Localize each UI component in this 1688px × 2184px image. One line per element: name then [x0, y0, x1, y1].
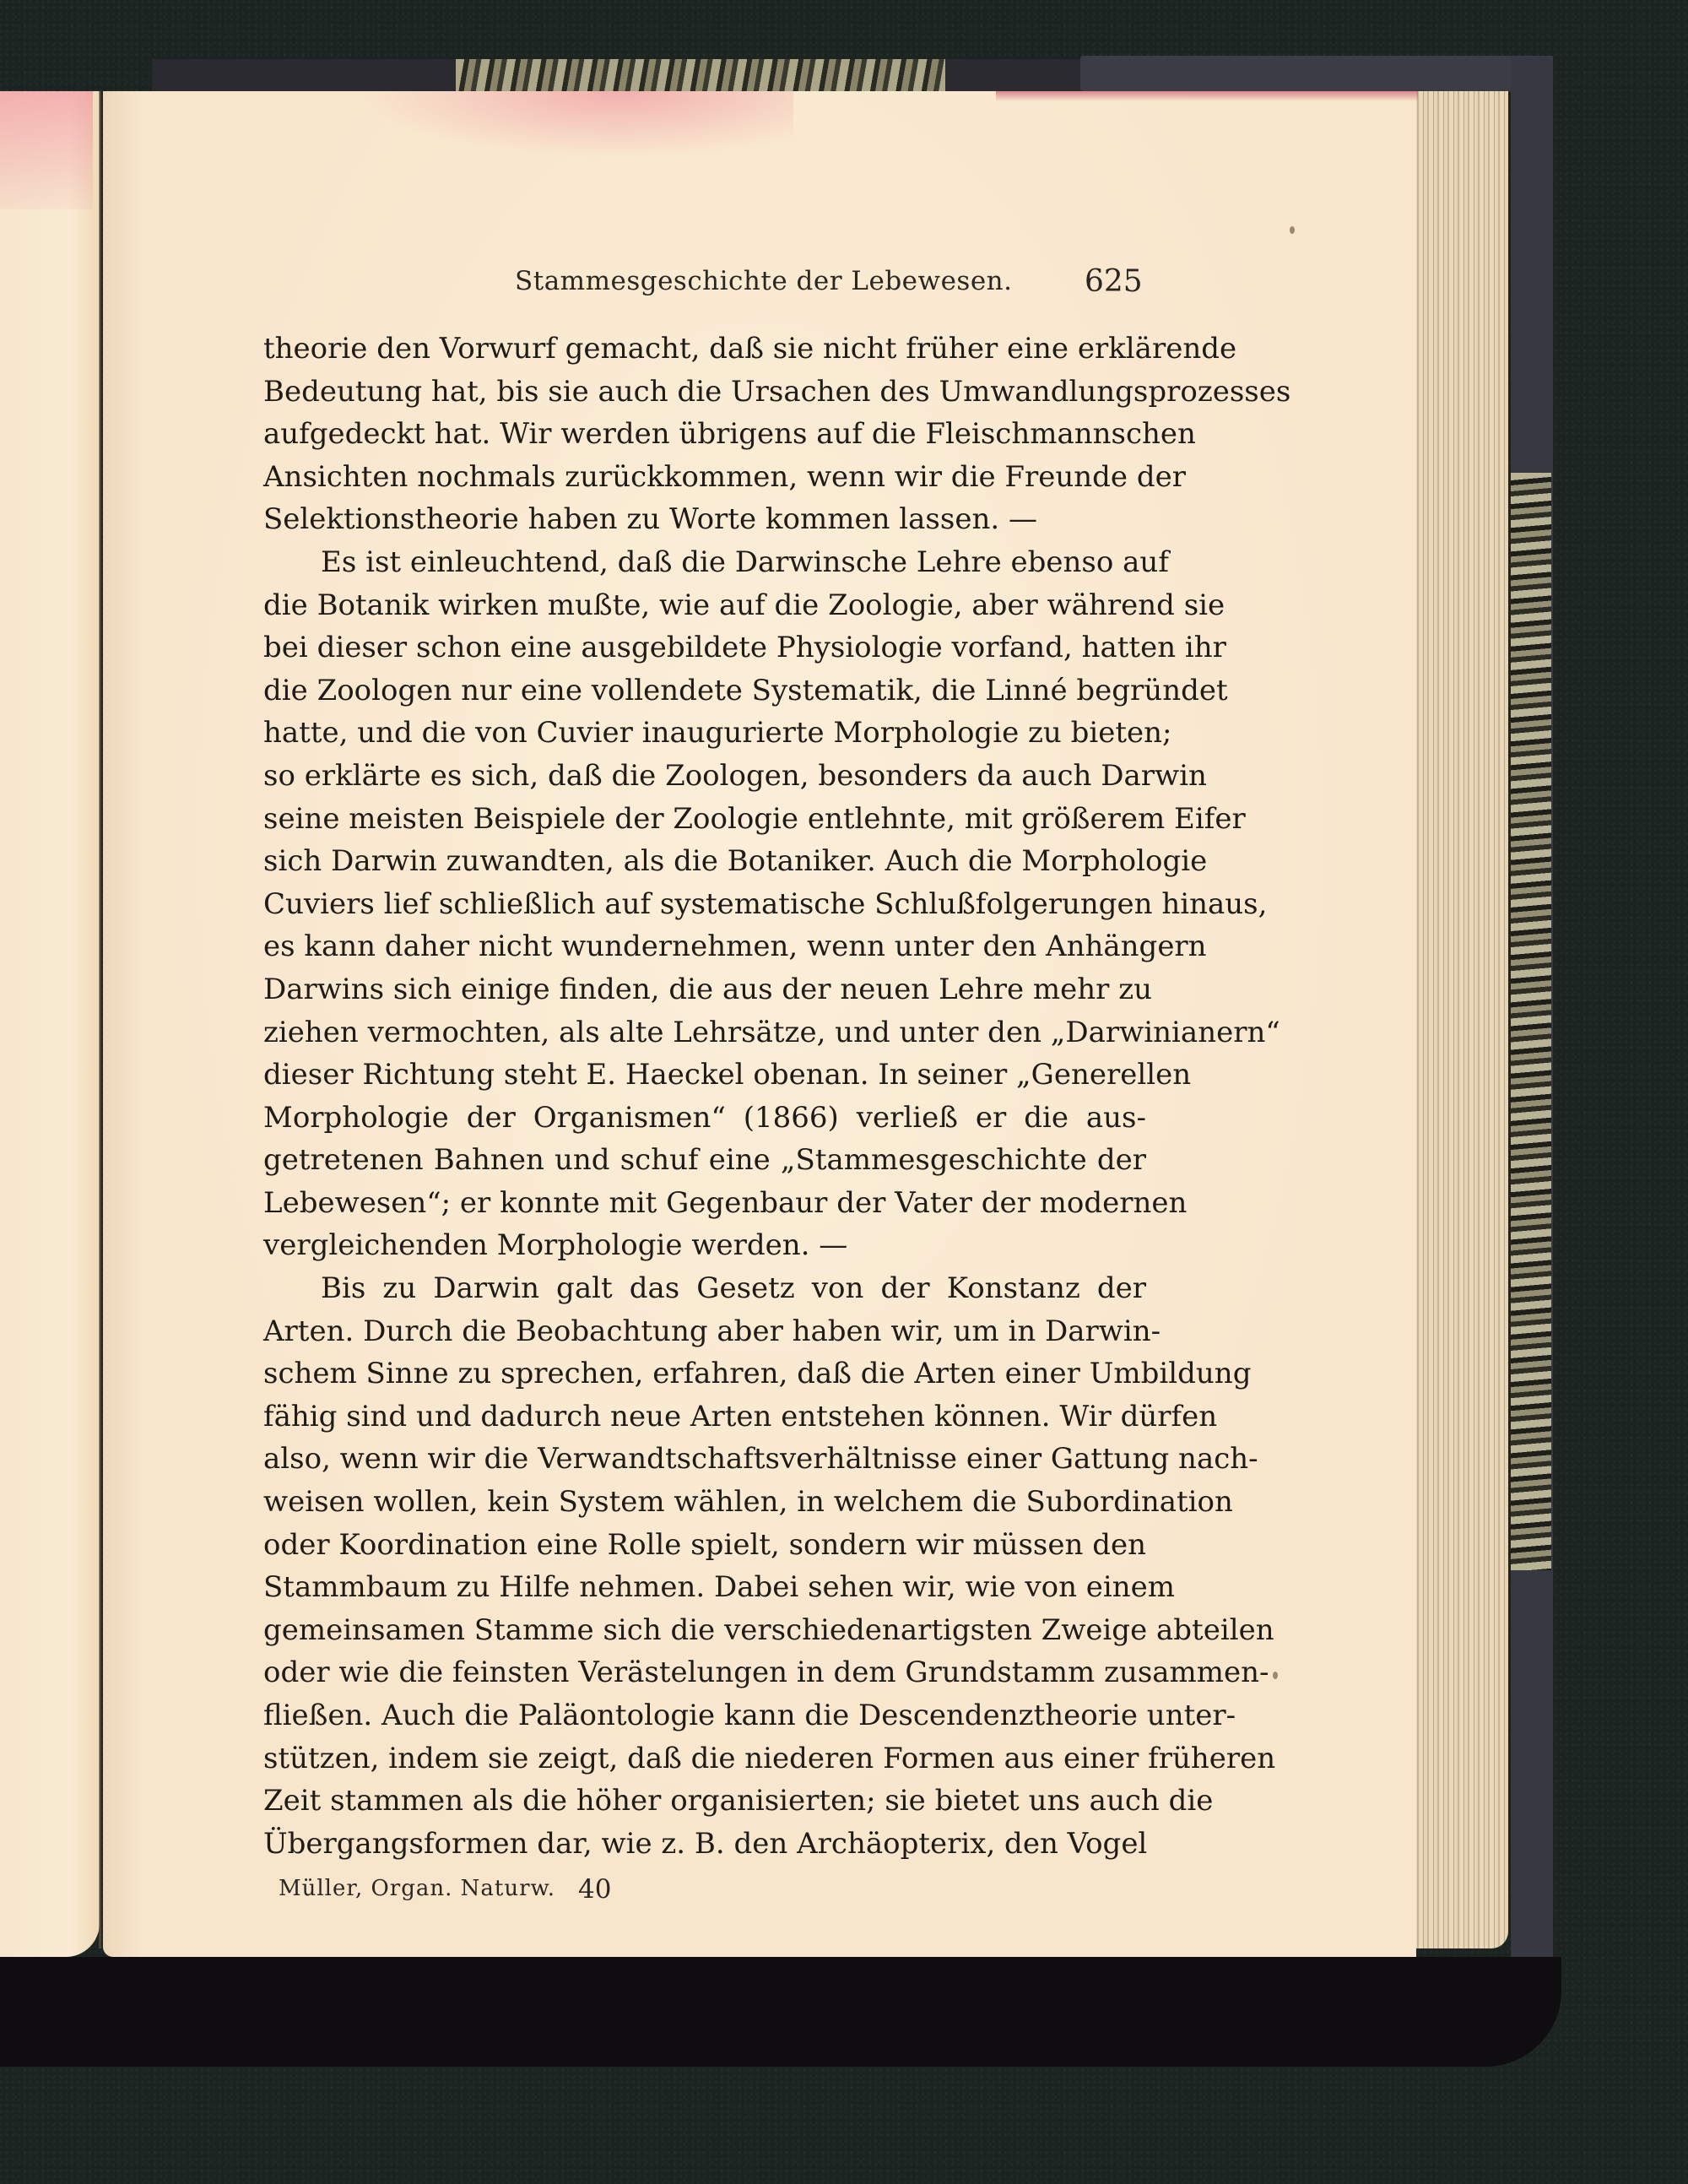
text-line: Es ist einleuchtend, daß die Darwinsche …	[263, 541, 1146, 584]
page-stack-edge	[1414, 91, 1508, 1948]
pink-stain-edge	[996, 91, 1418, 101]
text-line: seine meisten Beispiele der Zoologie ent…	[263, 798, 1146, 841]
text-line: Zeit stammen als die höher organisierten…	[263, 1780, 1146, 1823]
text-line: so erklärte es sich, daß die Zoologen, b…	[263, 755, 1146, 798]
text-line: fähig sind und dadurch neue Arten entste…	[263, 1395, 1146, 1439]
text-line: oder Koordination eine Rolle spielt, son…	[263, 1524, 1146, 1567]
text-line: schem Sinne zu sprechen, erfahren, daß d…	[263, 1352, 1146, 1395]
page-number: 625	[1085, 264, 1143, 299]
text-line: Cuviers lief schließlich auf systematisc…	[263, 883, 1146, 926]
text-line: die Botanik wirken mußte, wie auf die Zo…	[263, 584, 1146, 627]
cover-bottom-shadow	[0, 1957, 1561, 2067]
text-line: Stammbaum zu Hilfe nehmen. Dabei sehen w…	[263, 1566, 1146, 1609]
text-line: Bedeutung hat, bis sie auch die Ursachen…	[263, 371, 1146, 414]
text-line: Morphologie der Organismen“ (1866) verli…	[263, 1097, 1146, 1140]
text-line: Übergangsformen dar, wie z. B. den Archä…	[263, 1823, 1146, 1866]
sheet-number: 40	[578, 1874, 611, 1905]
text-line: Ansichten nochmals zurückkommen, wenn wi…	[263, 456, 1146, 499]
text-line: die Zoologen nur eine vollendete Systema…	[263, 669, 1146, 713]
text-line: fließen. Auch die Paläontologie kann die…	[263, 1694, 1146, 1737]
text-line: ziehen vermochten, als alte Lehrsätze, u…	[263, 1011, 1146, 1054]
text-line: dieser Richtung steht E. Haeckel obenan.…	[263, 1054, 1146, 1097]
paper-spot	[1290, 226, 1295, 234]
running-head: Stammesgeschichte der Lebewesen.	[515, 266, 1013, 296]
text-line: gemeinsamen Stamme sich die verschiedena…	[263, 1609, 1146, 1652]
pink-stain-top	[354, 91, 793, 159]
text-line: aufgedeckt hat. Wir werden übrigens auf …	[263, 413, 1146, 456]
text-line: stützen, indem sie zeigt, daß die nieder…	[263, 1737, 1146, 1780]
text-line: Bis zu Darwin galt das Gesetz von der Ko…	[263, 1267, 1146, 1310]
text-line: Selektionstheorie haben zu Worte kommen …	[263, 498, 1146, 541]
gutter-line	[99, 91, 101, 1948]
text-line: Darwins sich einige finden, die aus der …	[263, 968, 1146, 1011]
text-line: Lebewesen“; er konnte mit Gegenbaur der …	[263, 1182, 1146, 1225]
body-text: theorie den Vorwurf gemacht, daß sie nic…	[263, 328, 1146, 1865]
text-line: sich Darwin zuwandten, als die Botaniker…	[263, 840, 1146, 883]
leather-cover-top	[1080, 56, 1553, 91]
footer-signature: Müller, Organ. Naturw.	[279, 1876, 555, 1901]
left-page-fragment	[0, 91, 100, 1957]
text-line: theorie den Vorwurf gemacht, daß sie nic…	[263, 328, 1146, 371]
marbled-endpaper-top	[456, 59, 945, 91]
text-line: vergleichenden Morphologie werden. —	[263, 1224, 1146, 1267]
text-line: oder wie die feinsten Verästelungen in d…	[263, 1651, 1146, 1694]
marbled-endpaper-right	[1511, 473, 1551, 1570]
text-line: es kann daher nicht wundernehmen, wenn u…	[263, 925, 1146, 968]
paper-spot	[1273, 1672, 1278, 1679]
text-line: Arten. Durch die Beobachtung aber haben …	[263, 1310, 1146, 1353]
text-line: weisen wollen, kein System wählen, in we…	[263, 1481, 1146, 1524]
text-line: bei dieser schon eine ausgebildete Physi…	[263, 626, 1146, 669]
text-line: hatte, und die von Cuvier inaugurierte M…	[263, 712, 1146, 755]
pink-stain-left	[0, 91, 93, 209]
text-line: also, wenn wir die Verwandtschaftsverhäl…	[263, 1438, 1146, 1481]
text-line: getretenen Bahnen und schuf eine „Stamme…	[263, 1139, 1146, 1182]
